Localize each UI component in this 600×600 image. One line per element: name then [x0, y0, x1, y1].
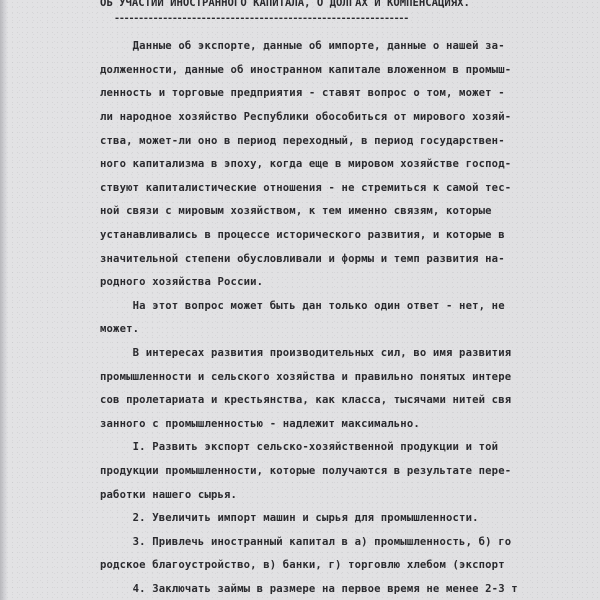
- text-line: ного капитализма в эпоху, когда еще в ми…: [100, 157, 511, 171]
- text-line: работки нашего сырья.: [100, 488, 237, 502]
- text-line: занного с промышленностью - надлежит мак…: [100, 417, 420, 431]
- text-line: ленность и торговые предприятия - ставят…: [100, 86, 505, 100]
- text-line: ной связи с мировым хозяйством, к тем им…: [100, 204, 492, 218]
- text-line: В интересах развития производительных си…: [100, 346, 511, 360]
- text-line: I. Развить экспорт сельско-хозяйственной…: [100, 440, 498, 454]
- text-line: продукции промышленности, которые получа…: [100, 464, 511, 478]
- text-line: может.: [100, 322, 139, 336]
- text-line: На этот вопрос может быть дан только оди…: [100, 299, 505, 313]
- text-line: устанавливались в процессе исторического…: [100, 228, 505, 242]
- text-line: ства, может-ли оно в период переходный, …: [100, 134, 505, 148]
- text-line: родское благоустройство, в) банки, г) то…: [100, 558, 505, 572]
- scanned-document-page: ОБ УЧАСТИИ ИНОСТРАННОГО КАПИТАЛА, О ДОЛГ…: [0, 0, 600, 600]
- text-line: родного хозяйства России.: [100, 275, 263, 289]
- text-line: ли народное хозяйство Республики обособи…: [100, 110, 511, 124]
- text-line: промышленности и сельского хозяйства и п…: [100, 370, 511, 384]
- text-line: Данные об экспорте, данные об импорте, д…: [100, 39, 505, 53]
- text-line: 2. Увеличить импорт машин и сырья для пр…: [100, 511, 479, 525]
- text-line: сов пролетариата и крестьянства, как кла…: [100, 393, 511, 407]
- text-line: значительной степени обусловливали и фор…: [100, 252, 505, 266]
- text-line: долженности, данные об иностранном капит…: [100, 63, 511, 77]
- text-line: ствуют капиталистические отношения - не …: [100, 181, 511, 195]
- document-body: Данные об экспорте, данные об импорте, д…: [100, 0, 600, 312]
- text-line: 3. Привлечь иностранный капитал в а) про…: [100, 535, 511, 549]
- text-line: 4. Заключать займы в размере на первое в…: [100, 582, 518, 596]
